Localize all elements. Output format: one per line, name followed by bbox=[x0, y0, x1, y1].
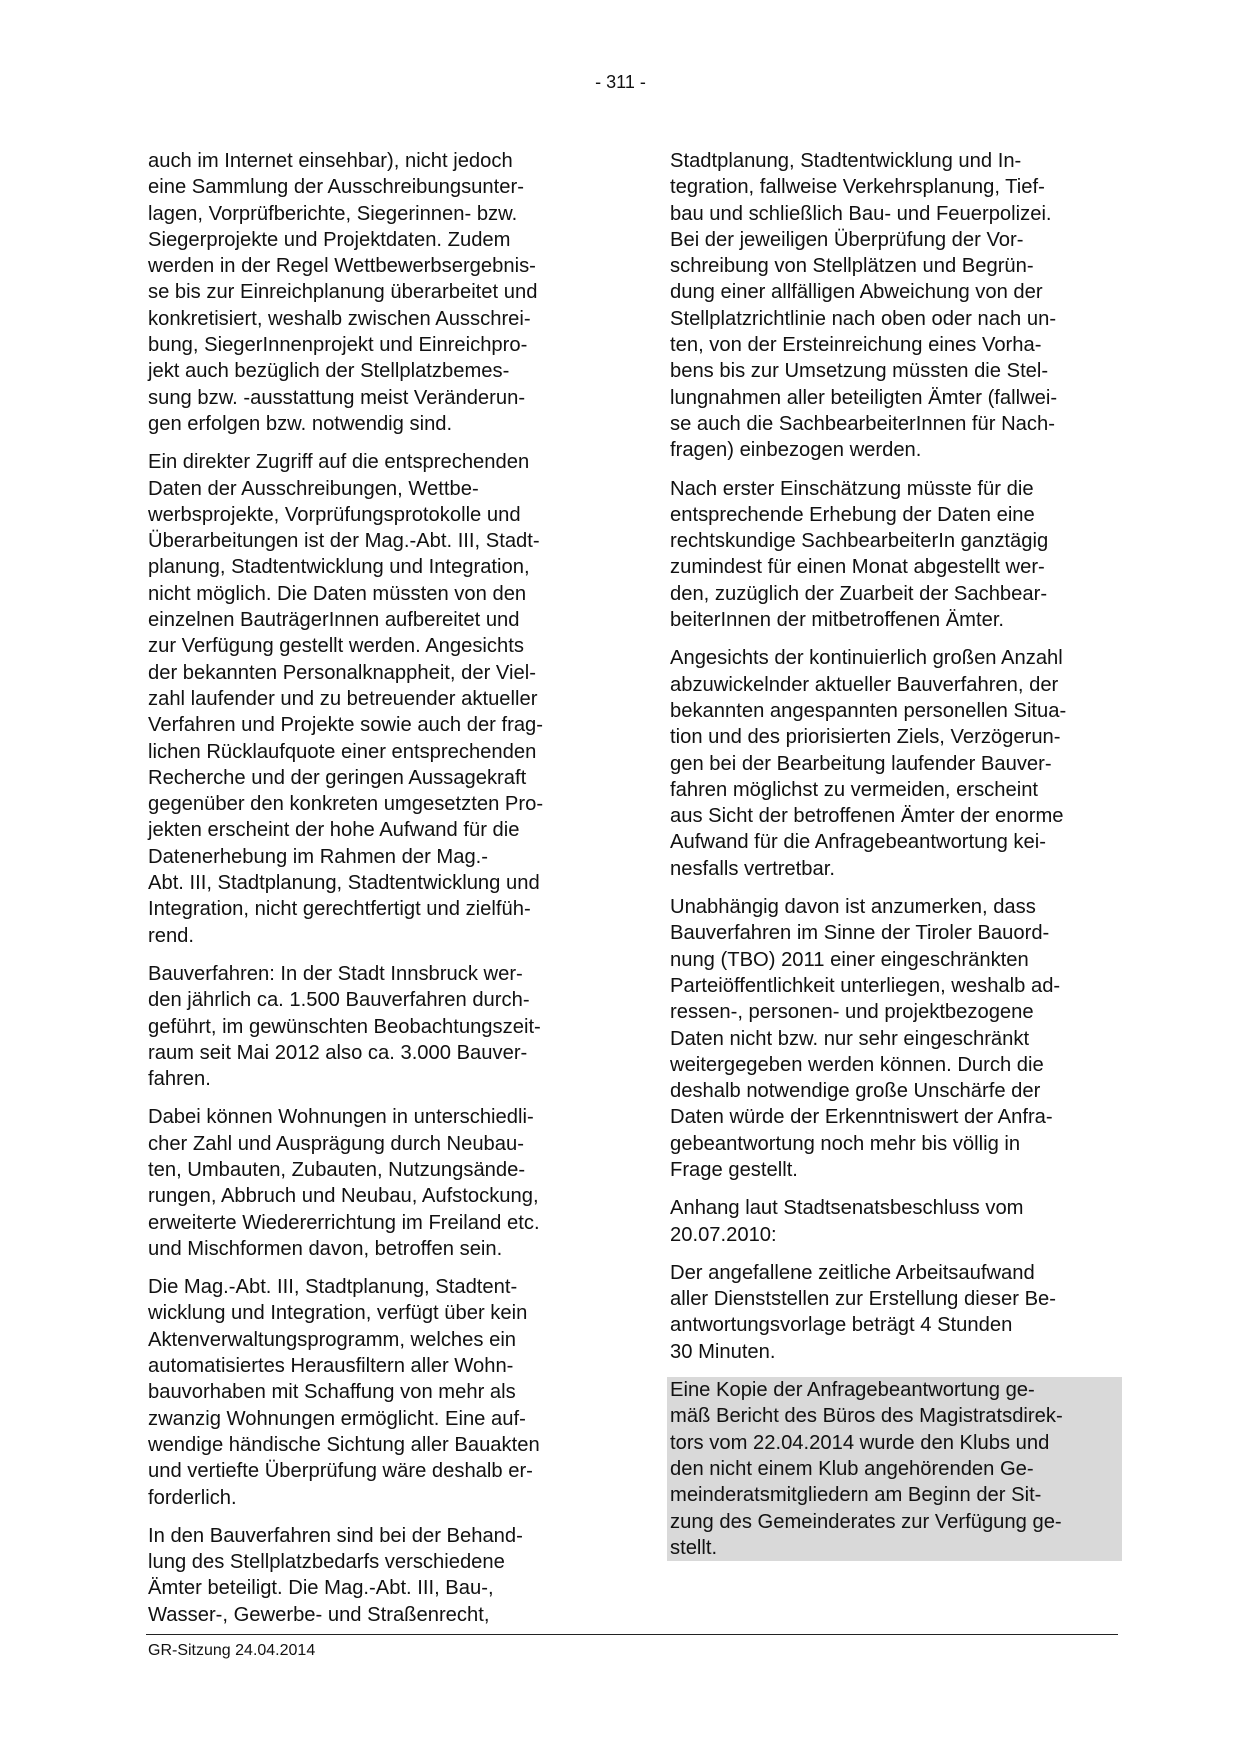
text-line: bens bis zur Umsetzung müssten die Stel- bbox=[670, 358, 1122, 384]
text-line: In den Bauverfahren sind bei der Behand- bbox=[148, 1523, 600, 1549]
text-line: nung (TBO) 2011 einer eingeschränkten bbox=[670, 947, 1122, 973]
text-line: mäß Bericht des Büros des Magistratsdire… bbox=[670, 1403, 1122, 1429]
text-line: wicklung und Integration, verfügt über k… bbox=[148, 1300, 600, 1326]
text-line: Ein direkter Zugriff auf die entsprechen… bbox=[148, 449, 600, 475]
text-line: Anhang laut Stadtsenatsbeschluss vom bbox=[670, 1195, 1122, 1221]
text-line: konkretisiert, weshalb zwischen Ausschre… bbox=[148, 306, 600, 332]
text-line: automatisiertes Herausfiltern aller Wohn… bbox=[148, 1353, 600, 1379]
text-line: Recherche und der geringen Aussagekraft bbox=[148, 765, 600, 791]
text-line: cher Zahl und Ausprägung durch Neubau- bbox=[148, 1131, 600, 1157]
text-line: Wasser-, Gewerbe- und Straßenrecht, bbox=[148, 1602, 600, 1628]
text-line: rend. bbox=[148, 923, 600, 949]
text-line: Unabhängig davon ist anzumerken, dass bbox=[670, 894, 1122, 920]
footer-divider bbox=[146, 1634, 1118, 1635]
text-line: zahl laufender und zu betreuender aktuel… bbox=[148, 686, 600, 712]
text-line: gebeantwortung noch mehr bis völlig in bbox=[670, 1131, 1122, 1157]
text-line: Verfahren und Projekte sowie auch der fr… bbox=[148, 712, 600, 738]
footer-session-date: GR-Sitzung 24.04.2014 bbox=[148, 1642, 315, 1660]
text-line: Datenerhebung im Rahmen der Mag.- bbox=[148, 844, 600, 870]
text-line: geführt, im gewünschten Beobachtungszeit… bbox=[148, 1014, 600, 1040]
text-line: Der angefallene zeitliche Arbeitsaufwand bbox=[670, 1260, 1122, 1286]
paragraph: In den Bauverfahren sind bei der Behand-… bbox=[148, 1523, 600, 1628]
text-line: Angesichts der kontinuierlich großen Anz… bbox=[670, 645, 1122, 671]
text-line: erweiterte Wiedererrichtung im Freiland … bbox=[148, 1210, 600, 1236]
text-line: dung einer allfälligen Abweichung von de… bbox=[670, 279, 1122, 305]
text-line: zung des Gemeinderates zur Verfügung ge- bbox=[670, 1509, 1122, 1535]
text-line: bekannten angespannten personellen Situa… bbox=[670, 698, 1122, 724]
paragraph: Unabhängig davon ist anzumerken, dass Ba… bbox=[670, 894, 1122, 1183]
text-line: planung, Stadtentwicklung und Integratio… bbox=[148, 554, 600, 580]
text-line: ten, Umbauten, Zubauten, Nutzungsände- bbox=[148, 1157, 600, 1183]
text-line: werbsprojekte, Vorprüfungsprotokolle und bbox=[148, 502, 600, 528]
text-line: Dabei können Wohnungen in unterschiedli- bbox=[148, 1104, 600, 1130]
text-line: tion und des priorisierten Ziels, Verzög… bbox=[670, 724, 1122, 750]
page-number: - 311 - bbox=[0, 72, 1241, 93]
text-line: tegration, fallweise Verkehrsplanung, Ti… bbox=[670, 174, 1122, 200]
text-line: deshalb notwendige große Unschärfe der bbox=[670, 1078, 1122, 1104]
text-line: meinderatsmitgliedern am Beginn der Sit- bbox=[670, 1482, 1122, 1508]
text-line: se auch die SachbearbeiterInnen für Nach… bbox=[670, 411, 1122, 437]
text-line: Bei der jeweiligen Überprüfung der Vor- bbox=[670, 227, 1122, 253]
text-line: Stellplatzrichtlinie nach oben oder nach… bbox=[670, 306, 1122, 332]
text-line: Bauverfahren im Sinne der Tiroler Bauord… bbox=[670, 920, 1122, 946]
text-line: rechtskundige SachbearbeiterIn ganztägig bbox=[670, 528, 1122, 554]
text-line: 20.07.2010: bbox=[670, 1222, 1122, 1248]
text-line: entsprechende Erhebung der Daten eine bbox=[670, 502, 1122, 528]
text-line: Daten würde der Erkenntniswert der Anfra… bbox=[670, 1104, 1122, 1130]
text-line: auch im Internet einsehbar), nicht jedoc… bbox=[148, 148, 600, 174]
paragraph: Bauverfahren: In der Stadt Innsbruck wer… bbox=[148, 961, 600, 1092]
text-line: antwortungsvorlage beträgt 4 Stunden bbox=[670, 1312, 1122, 1338]
text-line: nicht möglich. Die Daten müssten von den bbox=[148, 581, 600, 607]
paragraph: Der angefallene zeitliche Arbeitsaufwand… bbox=[670, 1260, 1122, 1365]
text-line: jekt auch bezüglich der Stellplatzbemes- bbox=[148, 358, 600, 384]
text-line: Ämter beteiligt. Die Mag.-Abt. III, Bau-… bbox=[148, 1575, 600, 1601]
text-line: den jährlich ca. 1.500 Bauverfahren durc… bbox=[148, 987, 600, 1013]
text-line: forderlich. bbox=[148, 1485, 600, 1511]
text-line: fahren möglichst zu vermeiden, erscheint bbox=[670, 777, 1122, 803]
text-line: zumindest für einen Monat abgestellt wer… bbox=[670, 554, 1122, 580]
text-line: abzuwickelnder aktueller Bauverfahren, d… bbox=[670, 672, 1122, 698]
text-line: jekten erscheint der hohe Aufwand für di… bbox=[148, 817, 600, 843]
text-line: den nicht einem Klub angehörenden Ge- bbox=[670, 1456, 1122, 1482]
text-line: ressen-, personen- und projektbezogene bbox=[670, 999, 1122, 1025]
text-line: Überarbeitungen ist der Mag.-Abt. III, S… bbox=[148, 528, 600, 554]
text-line: und vertiefte Überprüfung wäre deshalb e… bbox=[148, 1458, 600, 1484]
text-line: und Mischformen davon, betroffen sein. bbox=[148, 1236, 600, 1262]
text-line: Bauverfahren: In der Stadt Innsbruck wer… bbox=[148, 961, 600, 987]
text-line: zur Verfügung gestellt werden. Angesicht… bbox=[148, 633, 600, 659]
text-line: Siegerprojekte und Projektdaten. Zudem bbox=[148, 227, 600, 253]
text-line: einzelnen BauträgerInnen aufbereitet und bbox=[148, 607, 600, 633]
text-line: gen bei der Bearbeitung laufender Bauver… bbox=[670, 751, 1122, 777]
text-line: wendige händische Sichtung aller Bauakte… bbox=[148, 1432, 600, 1458]
text-line: lungnahmen aller beteiligten Ämter (fall… bbox=[670, 385, 1122, 411]
text-line: Integration, nicht gerechtfertigt und zi… bbox=[148, 896, 600, 922]
text-line: se bis zur Einreichplanung überarbeitet … bbox=[148, 279, 600, 305]
text-line: aus Sicht der betroffenen Ämter der enor… bbox=[670, 803, 1122, 829]
text-line: nesfalls vertretbar. bbox=[670, 856, 1122, 882]
text-line: Abt. III, Stadtplanung, Stadtentwicklung… bbox=[148, 870, 600, 896]
text-line: Die Mag.-Abt. III, Stadtplanung, Stadten… bbox=[148, 1274, 600, 1300]
text-line: Aufwand für die Anfragebeantwortung kei- bbox=[670, 829, 1122, 855]
text-line: raum seit Mai 2012 also ca. 3.000 Bauver… bbox=[148, 1040, 600, 1066]
right-column: Stadtplanung, Stadtentwicklung und In- t… bbox=[670, 148, 1122, 1573]
text-line: ten, von der Ersteinreichung eines Vorha… bbox=[670, 332, 1122, 358]
text-line: lung des Stellplatzbedarfs verschiedene bbox=[148, 1549, 600, 1575]
text-line: lichen Rücklaufquote einer entsprechende… bbox=[148, 739, 600, 765]
paragraph: auch im Internet einsehbar), nicht jedoc… bbox=[148, 148, 600, 437]
text-line: den, zuzüglich der Zuarbeit der Sachbear… bbox=[670, 581, 1122, 607]
paragraph: Nach erster Einschätzung müsste für die … bbox=[670, 476, 1122, 634]
text-line: Nach erster Einschätzung müsste für die bbox=[670, 476, 1122, 502]
paragraph: Stadtplanung, Stadtentwicklung und In- t… bbox=[670, 148, 1122, 464]
text-line: beiterInnen der mitbetroffenen Ämter. bbox=[670, 607, 1122, 633]
text-line: fahren. bbox=[148, 1066, 600, 1092]
text-line: Stadtplanung, Stadtentwicklung und In- bbox=[670, 148, 1122, 174]
text-line: Frage gestellt. bbox=[670, 1157, 1122, 1183]
text-line: sung bzw. -ausstattung meist Veränderun- bbox=[148, 385, 600, 411]
shaded-notice-paragraph: Eine Kopie der Anfragebeantwortung ge- m… bbox=[667, 1377, 1122, 1561]
text-line: Eine Kopie der Anfragebeantwortung ge- bbox=[670, 1377, 1122, 1403]
text-line: bauvorhaben mit Schaffung von mehr als bbox=[148, 1379, 600, 1405]
text-line: bau und schließlich Bau- und Feuerpolize… bbox=[670, 201, 1122, 227]
text-line: lagen, Vorprüfberichte, Siegerinnen- bzw… bbox=[148, 201, 600, 227]
paragraph: Die Mag.-Abt. III, Stadtplanung, Stadten… bbox=[148, 1274, 600, 1511]
paragraph: Anhang laut Stadtsenatsbeschluss vom 20.… bbox=[670, 1195, 1122, 1248]
text-line: 30 Minuten. bbox=[670, 1339, 1122, 1365]
text-line: fragen) einbezogen werden. bbox=[670, 437, 1122, 463]
text-line: zwanzig Wohnungen ermöglicht. Eine auf- bbox=[148, 1406, 600, 1432]
text-line: Parteiöffentlichkeit unterliegen, weshal… bbox=[670, 973, 1122, 999]
text-line: eine Sammlung der Ausschreibungsunter- bbox=[148, 174, 600, 200]
text-line: weitergegeben werden können. Durch die bbox=[670, 1052, 1122, 1078]
left-column: auch im Internet einsehbar), nicht jedoc… bbox=[148, 148, 600, 1640]
text-line: Daten nicht bzw. nur sehr eingeschränkt bbox=[670, 1026, 1122, 1052]
paragraph: Ein direkter Zugriff auf die entsprechen… bbox=[148, 449, 600, 949]
text-line: tors vom 22.04.2014 wurde den Klubs und bbox=[670, 1430, 1122, 1456]
text-line: gegenüber den konkreten umgesetzten Pro- bbox=[148, 791, 600, 817]
paragraph: Angesichts der kontinuierlich großen Anz… bbox=[670, 645, 1122, 882]
text-line: schreibung von Stellplätzen und Begrün- bbox=[670, 253, 1122, 279]
text-line: Daten der Ausschreibungen, Wettbe- bbox=[148, 476, 600, 502]
text-line: stellt. bbox=[670, 1535, 1122, 1561]
text-line: rungen, Abbruch und Neubau, Aufstockung, bbox=[148, 1183, 600, 1209]
text-line: der bekannten Personalknappheit, der Vie… bbox=[148, 660, 600, 686]
paragraph: Dabei können Wohnungen in unterschiedli-… bbox=[148, 1104, 600, 1262]
text-line: aller Dienststellen zur Erstellung diese… bbox=[670, 1286, 1122, 1312]
text-line: Aktenverwaltungsprogramm, welches ein bbox=[148, 1327, 600, 1353]
text-line: werden in der Regel Wettbewerbsergebnis- bbox=[148, 253, 600, 279]
text-line: bung, SiegerInnenprojekt und Einreichpro… bbox=[148, 332, 600, 358]
text-line: gen erfolgen bzw. notwendig sind. bbox=[148, 411, 600, 437]
